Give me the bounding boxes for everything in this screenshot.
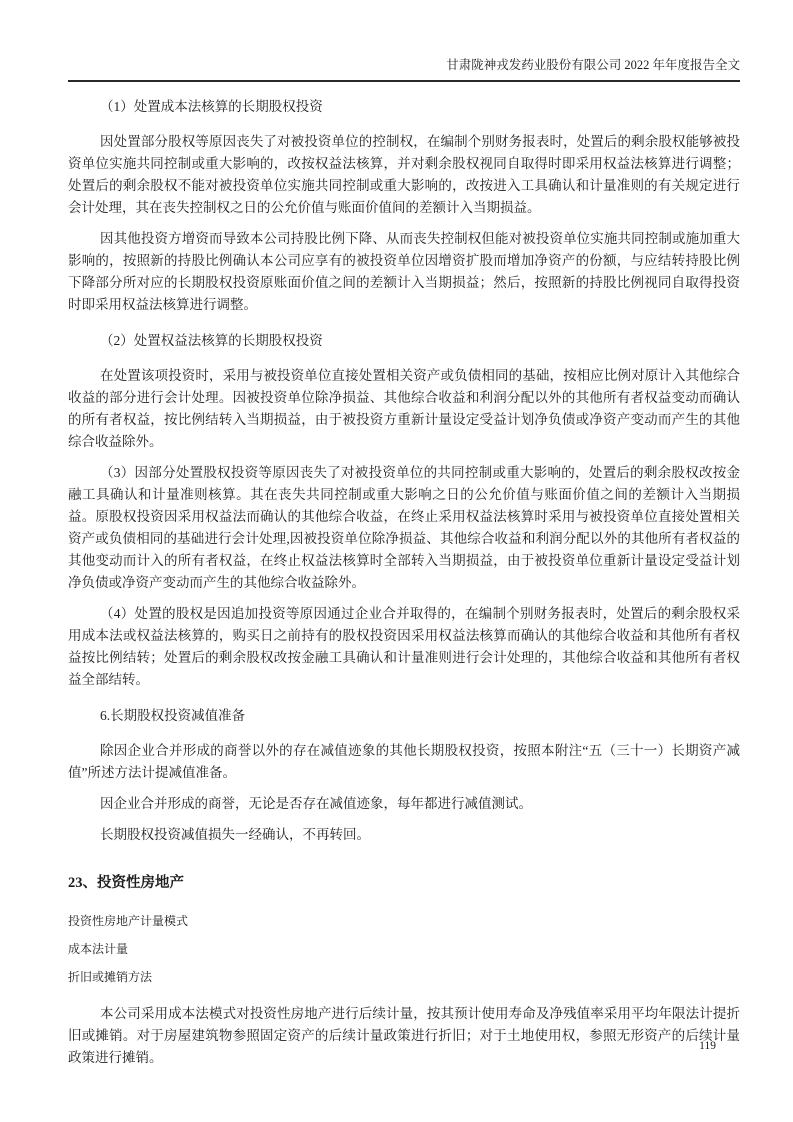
paragraph: 在处置该项投资时，采用与被投资单位直接处置相关资产或负债相同的基础，按相应比例对… xyxy=(68,365,740,453)
paragraph: 因处置部分股权等原因丧失了对被投资单位的控制权，在编制个别财务报表时，处置后的剩… xyxy=(68,131,740,219)
subsection-heading-1: （1）处置成本法核算的长期股权投资 xyxy=(68,96,740,118)
report-page: 甘肃陇神戎发药业股份有限公司 2022 年年度报告全文 （1）处置成本法核算的长… xyxy=(0,0,793,1122)
page-header: 甘肃陇神戎发药业股份有限公司 2022 年年度报告全文 xyxy=(68,0,740,82)
paragraph: 本公司采用成本法模式对投资性房地产进行后续计量，按其预计使用寿命及净残值率采用平… xyxy=(68,1003,740,1069)
paragraph: （4）处置的股权是因追加投资等原因通过企业合并取得的，在编制个别财务报表时，处置… xyxy=(68,603,740,691)
subsection-heading-6: 6.长期股权投资减值准备 xyxy=(68,705,740,727)
meta-line: 投资性房地产计量模式 xyxy=(68,913,740,929)
subsection-heading-2: （2）处置权益法核算的长期股权投资 xyxy=(68,330,740,352)
paragraph: （3）因部分处置股权投资等原因丧失了对被投资单位的共同控制或重大影响的，处置后的… xyxy=(68,462,740,594)
section-heading-23: 23、投资性房地产 xyxy=(68,873,740,893)
meta-line: 折旧或摊销方法 xyxy=(68,969,740,985)
paragraph: 因其他投资方增资而导致本公司持股比例下降、从而丧失控制权但能对被投资单位实施共同… xyxy=(68,228,740,316)
paragraph: 因企业合并形成的商誉，无论是否存在减值迹象，每年都进行减值测试。 xyxy=(68,793,740,815)
paragraph: 长期股权投资减值损失一经确认，不再转回。 xyxy=(68,824,740,846)
paragraph: 除因企业合并形成的商誉以外的存在减值迹象的其他长期股权投资，按照本附注“五（三十… xyxy=(68,740,740,784)
measurement-mode-lines: 投资性房地产计量模式 成本法计量 折旧或摊销方法 xyxy=(68,913,740,985)
meta-line: 成本法计量 xyxy=(68,941,740,957)
content-column: 甘肃陇神戎发药业股份有限公司 2022 年年度报告全文 （1）处置成本法核算的长… xyxy=(68,0,740,1069)
page-number: 119 xyxy=(699,1040,716,1052)
